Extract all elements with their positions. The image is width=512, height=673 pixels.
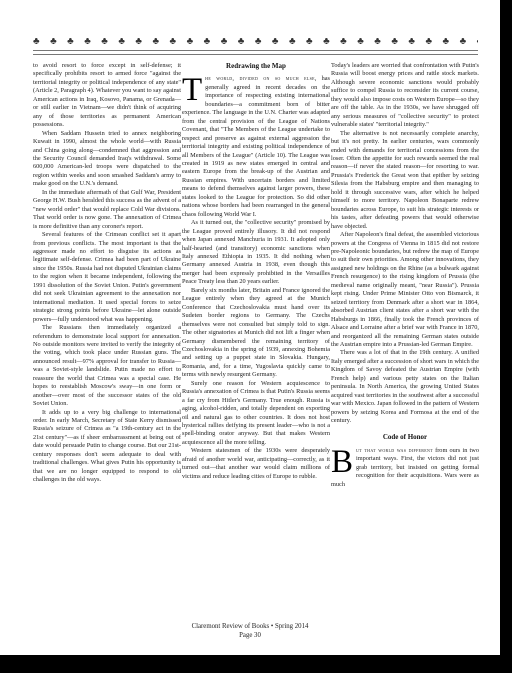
paragraph: The alternative is not necessarily compl… [331,130,479,231]
publication-line: Claremont Review of Books • Spring 2014 [0,622,500,631]
paragraph: After Napoleon's final defeat, the assem… [331,231,479,349]
lead-in: he world, divided on so much else, [205,75,317,82]
paragraph: There was a lot of that in the 19th cent… [331,349,479,425]
paragraph: The Russians then immediately organized … [33,324,181,409]
section-heading: Code of Honor [331,433,479,441]
paragraph: When Saddam Hussein tried to annex neigh… [33,130,181,189]
drop-cap: B [331,449,353,475]
paragraph: Surely one reason for Western acquiescen… [182,380,330,448]
column-1: to avoid resort to force except in self-… [33,62,181,485]
document-page: ♣ ♣ ♣ ♣ ♣ ♣ ♣ ♣ ♣ ♣ ♣ ♣ ♣ ♣ ♣ ♣ ♣ ♣ ♣ ♣ … [0,0,500,655]
column-2: Redrawing the Map The world, divided on … [182,62,330,481]
paragraph: In the immediate aftermath of that Gulf … [33,189,181,231]
paragraph: It adds up to a very big challenge to in… [33,409,181,485]
header-rule [33,50,478,55]
paragraph: But that world was different from ours i… [331,447,479,489]
page-footer: Claremont Review of Books • Spring 2014 … [0,622,500,640]
paragraph: As it turned out, the "collective securi… [182,219,330,287]
column-3: Today's leaders are worried that confron… [331,62,479,489]
paragraph: Today's leaders are worried that confron… [331,62,479,130]
paragraph: The world, divided on so much else, has … [182,75,330,219]
section-heading: Redrawing the Map [182,62,330,70]
paragraph: Several features of the Crimean conflict… [33,231,181,324]
paragraph: to avoid resort to force except in self-… [33,62,181,130]
page-number: Page 30 [0,631,500,640]
lead-in: ut that world was different [356,447,433,454]
header-ornament: ♣ ♣ ♣ ♣ ♣ ♣ ♣ ♣ ♣ ♣ ♣ ♣ ♣ ♣ ♣ ♣ ♣ ♣ ♣ ♣ … [33,36,478,50]
paragraph: Barely six months later, Britain and Fra… [182,287,330,380]
paragraph: Western statesmen of the 1930s were desp… [182,447,330,481]
drop-cap: T [182,77,202,103]
